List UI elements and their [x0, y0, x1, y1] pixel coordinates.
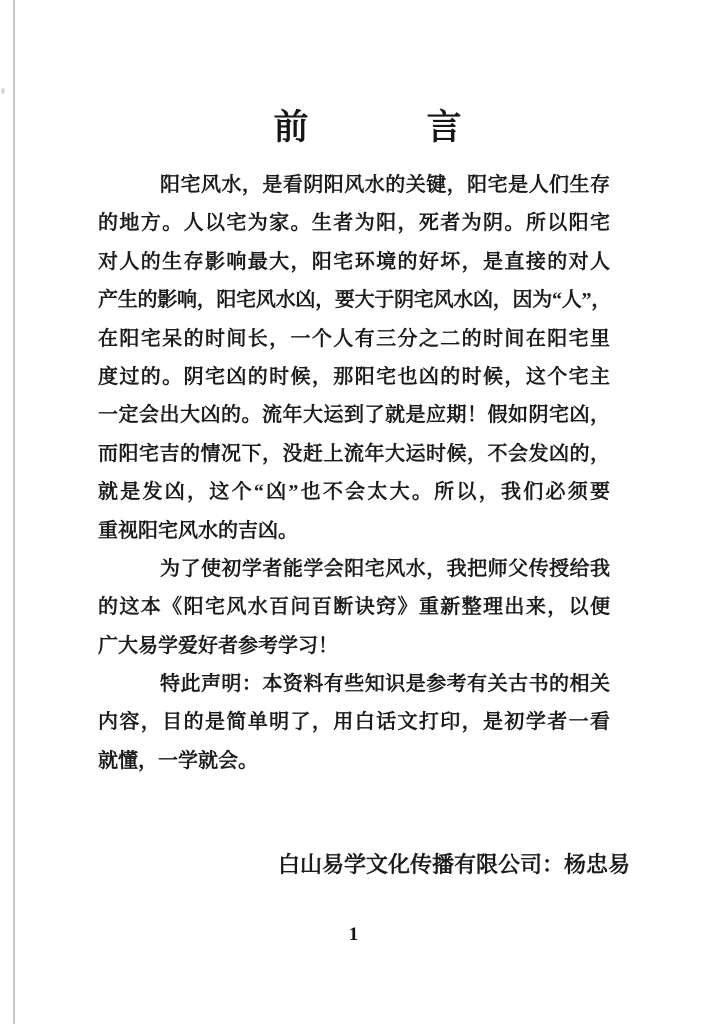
- text-line: 对人的生存影响最大，阳宅环境的好坏，是直接的对人: [98, 243, 610, 281]
- text-line: 就懂，一学就会。: [98, 742, 610, 780]
- body-text: 阳宅风水，是看阴阳风水的关键，阳宅是人们生存 的地方。人以宅为家。生者为阳，死者…: [98, 166, 610, 780]
- text-line: 广大易学爱好者参考学习！: [98, 627, 610, 665]
- text-line: 内容，目的是简单明了，用白话文打印，是初学者一看: [98, 703, 610, 741]
- text-line: 一定会出大凶的。流年大运到了就是应期！假如阴宅凶，: [98, 396, 610, 434]
- title-char-qian: 前: [273, 106, 308, 150]
- page-number: 1: [0, 924, 707, 946]
- scanned-document-page: 前 言 阳宅风水，是看阴阳风水的关键，阳宅是人们生存 的地方。人以宅为家。生者为…: [0, 0, 707, 1024]
- signature-line: 白山易学文化传播有限公司：杨忠易: [0, 848, 707, 882]
- text-line: 阳宅风水，是看阴阳风水的关键，阳宅是人们生存: [98, 166, 610, 204]
- text-line: 在阳宅呆的时间长，一个人有三分之二的时间在阳宅里: [98, 320, 610, 358]
- page-title: 前 言: [14, 106, 707, 150]
- scan-artifact-speck: [1, 88, 5, 94]
- text-line: 就是发凶，这个“凶”也不会太大。所以，我们必须要: [98, 473, 610, 511]
- text-line: 特此声明：本资料有些知识是参考有关古书的相关: [98, 665, 610, 703]
- text-line: 产生的影响，阳宅风水凶，要大于阴宅风水凶，因为“人”，: [98, 281, 610, 319]
- text-line: 而阳宅吉的情况下，没赶上流年大运时候，不会发凶的，: [98, 435, 610, 473]
- text-line: 的这本《阳宅风水百问百断诀窍》重新整理出来，以便: [98, 588, 610, 626]
- text-line: 为了使初学者能学会阳宅风水，我把师父传授给我: [98, 550, 610, 588]
- text-line: 的地方。人以宅为家。生者为阳，死者为阴。所以阳宅: [98, 204, 610, 242]
- text-line: 重视阳宅风水的吉凶。: [98, 512, 610, 550]
- title-char-yan: 言: [427, 106, 462, 150]
- text-line: 度过的。阴宅凶的时候，那阳宅也凶的时候，这个宅主: [98, 358, 610, 396]
